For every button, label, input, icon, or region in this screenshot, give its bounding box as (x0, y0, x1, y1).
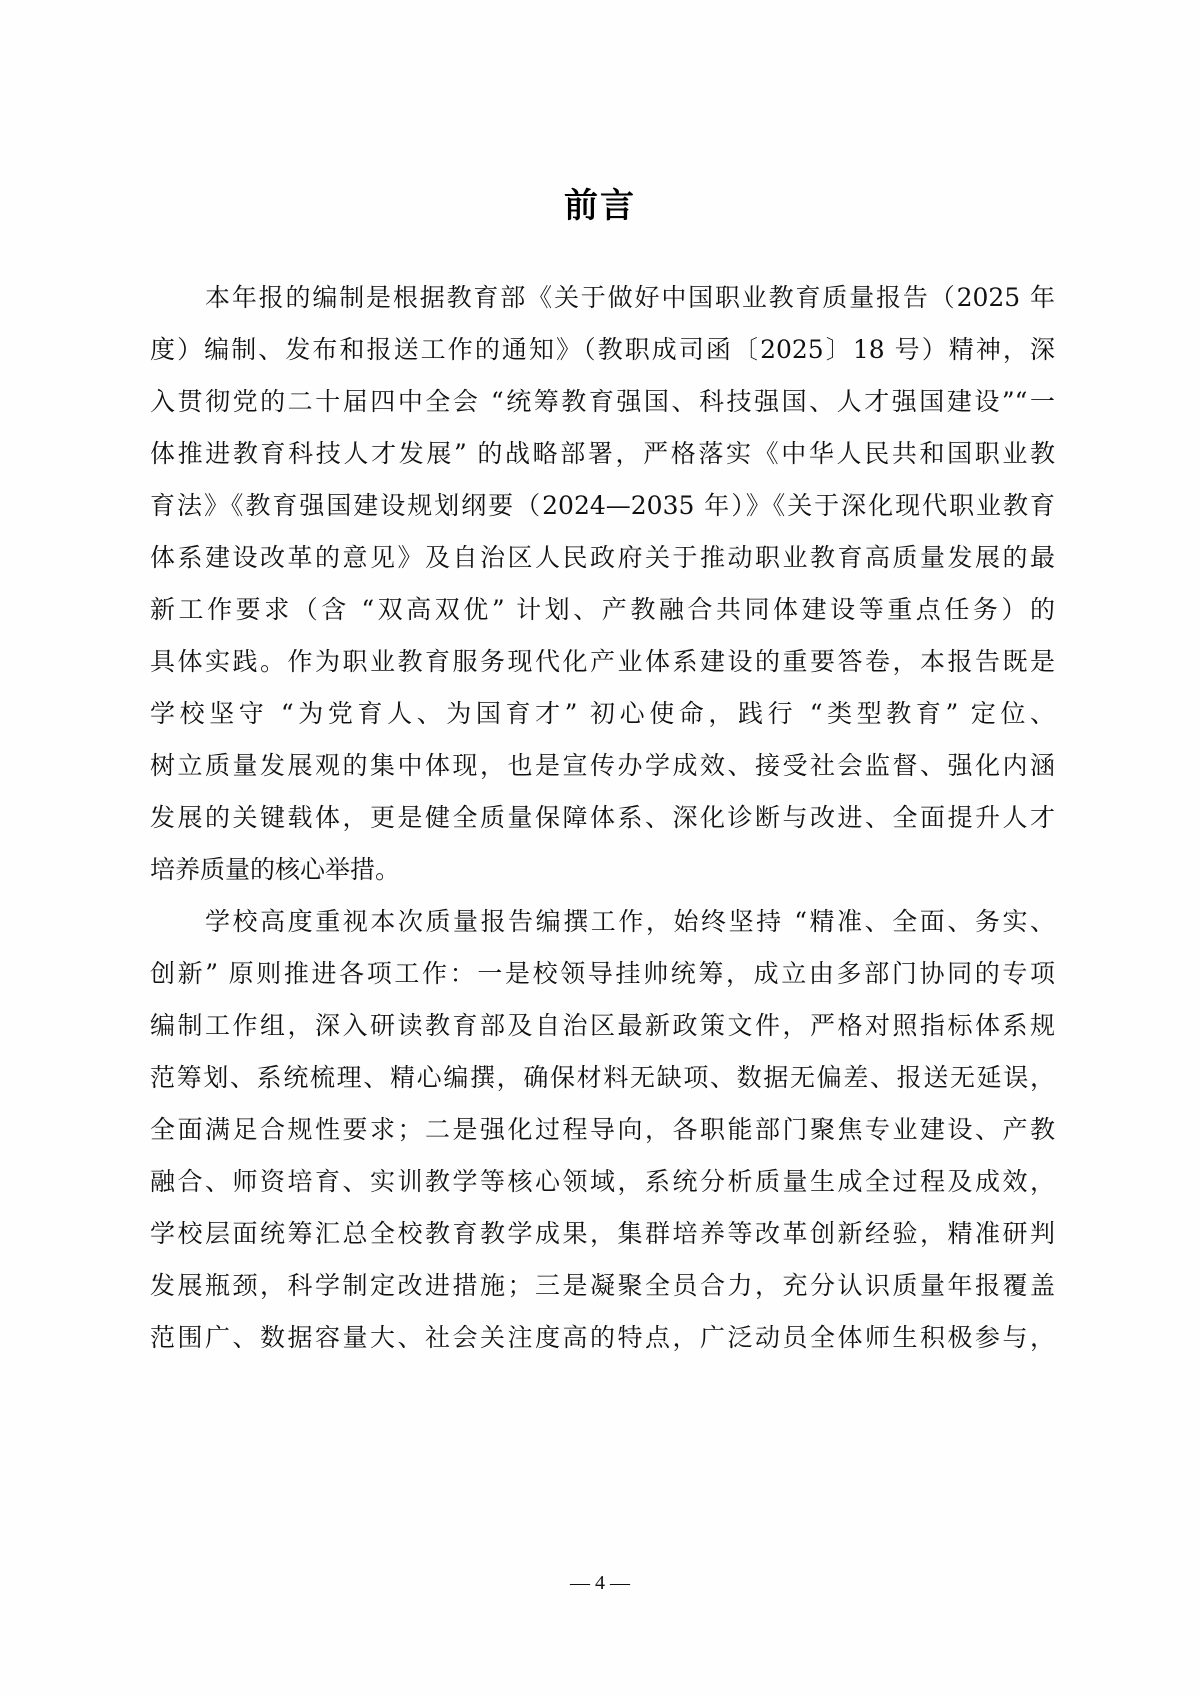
text-line: 本年报的编制是根据教育部《关于做好中国职业教育质量报告（2025 年 (205, 278, 1055, 318)
text-line: 编制工作组，深入研读教育部及自治区最新政策文件，严格对照指标体系规 (150, 1006, 1055, 1046)
text-line: 新工作要求（含 “双高双优” 计划、产教融合共同体建设等重点任务）的 (150, 590, 1055, 630)
text-line: 范围广、数据容量大、社会关注度高的特点，广泛动员全体师生积极参与， (150, 1318, 1055, 1358)
text-line: 育法》《教育强国建设规划纲要（2024—2035 年）》《关于深化现代职业教育 (150, 486, 1055, 526)
text-line: 入贯彻党的二十届四中全会 “统筹教育强国、科技强国、人才强国建设”“一 (150, 382, 1055, 422)
document-page: 前言 本年报的编制是根据教育部《关于做好中国职业教育质量报告（2025 年 度）… (0, 0, 1200, 1697)
text-line: 学校坚守 “为党育人、为国育才” 初心使命，践行 “类型教育” 定位、 (150, 694, 1055, 734)
page-title: 前言 (0, 178, 1200, 227)
text-line: 发展瓶颈，科学制定改进措施；三是凝聚全员合力，充分认识质量年报覆盖 (150, 1266, 1055, 1306)
text-line: 学校高度重视本次质量报告编撰工作，始终坚持 “精准、全面、务实、 (205, 902, 1055, 942)
text-line: 创新” 原则推进各项工作：一是校领导挂帅统筹，成立由多部门协同的专项 (150, 954, 1055, 994)
text-line: 度）编制、发布和报送工作的通知》（教职成司函〔2025〕18 号）精神，深 (150, 330, 1055, 370)
text-line: 学校层面统筹汇总全校教育教学成果，集群培养等改革创新经验，精准研判 (150, 1214, 1055, 1254)
text-line: 体系建设改革的意见》及自治区人民政府关于推动职业教育高质量发展的最 (150, 538, 1055, 578)
text-line: 范筹划、系统梳理、精心编撰，确保材料无缺项、数据无偏差、报送无延误， (150, 1058, 1055, 1098)
text-line: 体推进教育科技人才发展” 的战略部署，严格落实《中华人民共和国职业教 (150, 434, 1055, 474)
text-line: 培养质量的核心举措。 (150, 850, 1055, 890)
text-line: 全面满足合规性要求；二是强化过程导向，各职能部门聚焦专业建设、产教 (150, 1110, 1055, 1150)
text-line: 树立质量发展观的集中体现，也是宣传办学成效、接受社会监督、强化内涵 (150, 746, 1055, 786)
text-line: 发展的关键载体，更是健全质量保障体系、深化诊断与改进、全面提升人才 (150, 798, 1055, 838)
text-line: 具体实践。作为职业教育服务现代化产业体系建设的重要答卷，本报告既是 (150, 642, 1055, 682)
page-number: — 4 — (0, 1572, 1200, 1595)
text-line: 融合、师资培育、实训教学等核心领域，系统分析质量生成全过程及成效， (150, 1162, 1055, 1202)
